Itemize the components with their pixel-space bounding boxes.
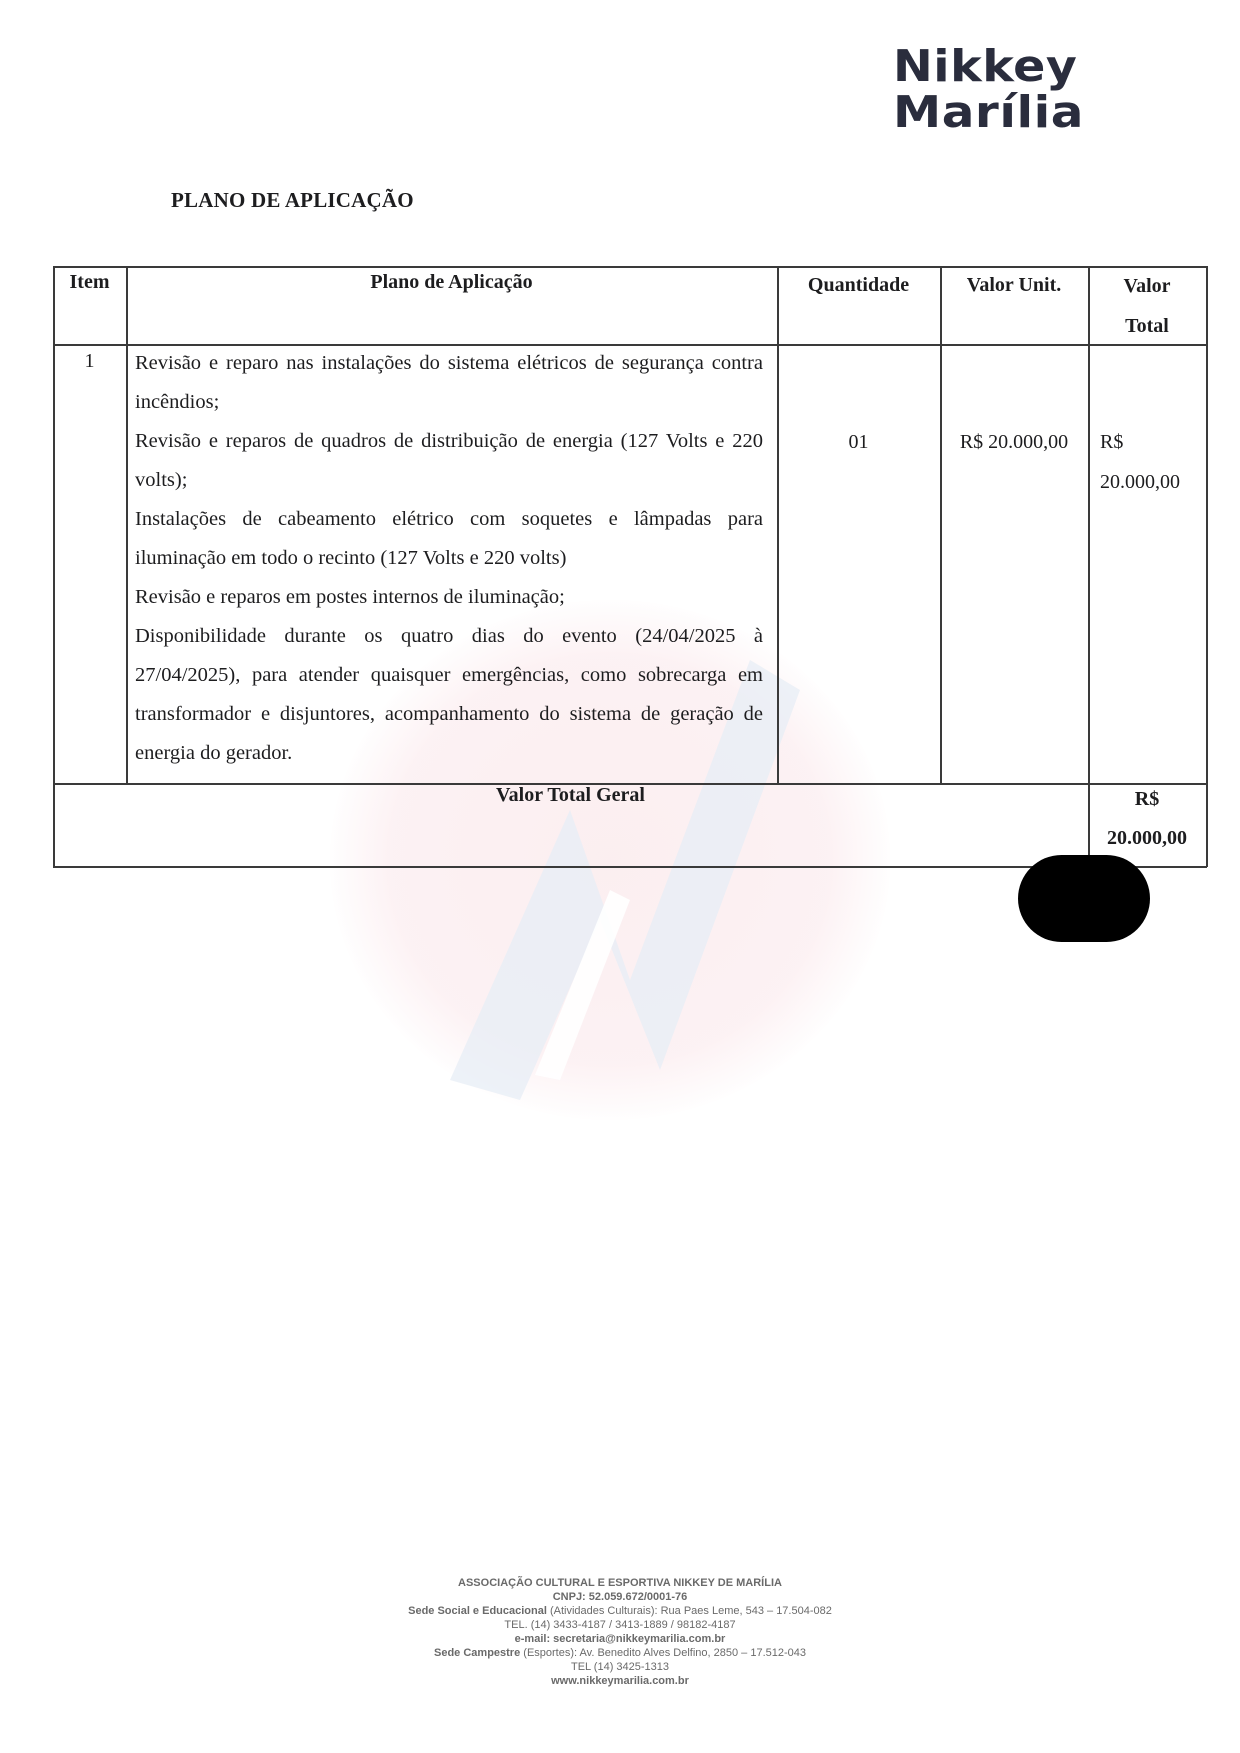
col-divider-item — [126, 266, 128, 784]
header-unit-value: Valor Unit. — [940, 265, 1088, 305]
header-item: Item — [53, 262, 126, 302]
description-line: Revisão e reparo nas instalações do sist… — [135, 344, 763, 422]
footer-social-detail: (Atividades Culturais): Rua Paes Leme, 5… — [547, 1605, 832, 1617]
organization-footer: ASSOCIAÇÃO CULTURAL E ESPORTIVA NIKKEY D… — [300, 1576, 940, 1688]
row-total-value-currency: R$ — [1100, 423, 1206, 462]
footer-campestre-phone: TEL (14) 3425-1313 — [300, 1660, 940, 1674]
row-total-value-amount: 20.000,00 — [1100, 463, 1206, 502]
col-divider-unit-value — [1088, 266, 1090, 867]
row-item-number: 1 — [53, 342, 126, 381]
document-title: PLANO DE APLICAÇÃO — [171, 188, 414, 213]
row-description: Revisão e reparo nas instalações do sist… — [135, 344, 763, 773]
footer-social-label: Sede Social e Educacional — [408, 1605, 547, 1617]
footer-email[interactable]: e-mail: secretaria@nikkeymarilia.com.br — [300, 1632, 940, 1646]
description-line: Instalações de cabeamento elétrico com s… — [135, 500, 763, 578]
footer-org-name: ASSOCIAÇÃO CULTURAL E ESPORTIVA NIKKEY D… — [300, 1576, 940, 1590]
col-divider-quantity — [940, 266, 942, 784]
footer-social-address: Sede Social e Educacional (Atividades Cu… — [300, 1604, 940, 1618]
header-total-value-line2: Total — [1088, 306, 1206, 346]
footer-social-phone: TEL. (14) 3433-4187 / 3413-1889 / 98182-… — [300, 1618, 940, 1632]
grand-total-currency: R$ — [1088, 779, 1206, 819]
grand-total-label: Valor Total Geral — [53, 775, 1088, 815]
nikkey-marilia-logo: Nikkey Marília — [893, 44, 1143, 136]
redaction-mark — [1018, 855, 1150, 942]
footer-cnpj: CNPJ: 52.059.672/0001-76 — [300, 1590, 940, 1604]
footer-campestre-address: Sede Campestre (Esportes): Av. Benedito … — [300, 1646, 940, 1660]
table-border-right — [1206, 266, 1208, 867]
header-plan: Plano de Aplicação — [126, 262, 777, 302]
header-quantity: Quantidade — [777, 265, 940, 305]
description-line: Disponibilidade durante os quatro dias d… — [135, 617, 763, 773]
footer-website[interactable]: www.nikkeymarilia.com.br — [300, 1674, 940, 1688]
row-unit-value: R$ 20.000,00 — [940, 423, 1088, 462]
col-divider-plan — [777, 266, 779, 784]
footer-campestre-detail: (Esportes): Av. Benedito Alves Delfino, … — [520, 1647, 806, 1659]
description-line: Revisão e reparos de quadros de distribu… — [135, 422, 763, 500]
logo-line-2: Marília — [893, 90, 1168, 136]
description-line: Revisão e reparos em postes internos de … — [135, 578, 763, 617]
grand-total-amount: 20.000,00 — [1088, 818, 1206, 858]
footer-campestre-label: Sede Campestre — [434, 1647, 520, 1659]
header-total-value-line1: Valor — [1088, 266, 1206, 306]
row-quantity: 01 — [777, 423, 940, 462]
logo-line-1: Nikkey — [893, 44, 1163, 90]
